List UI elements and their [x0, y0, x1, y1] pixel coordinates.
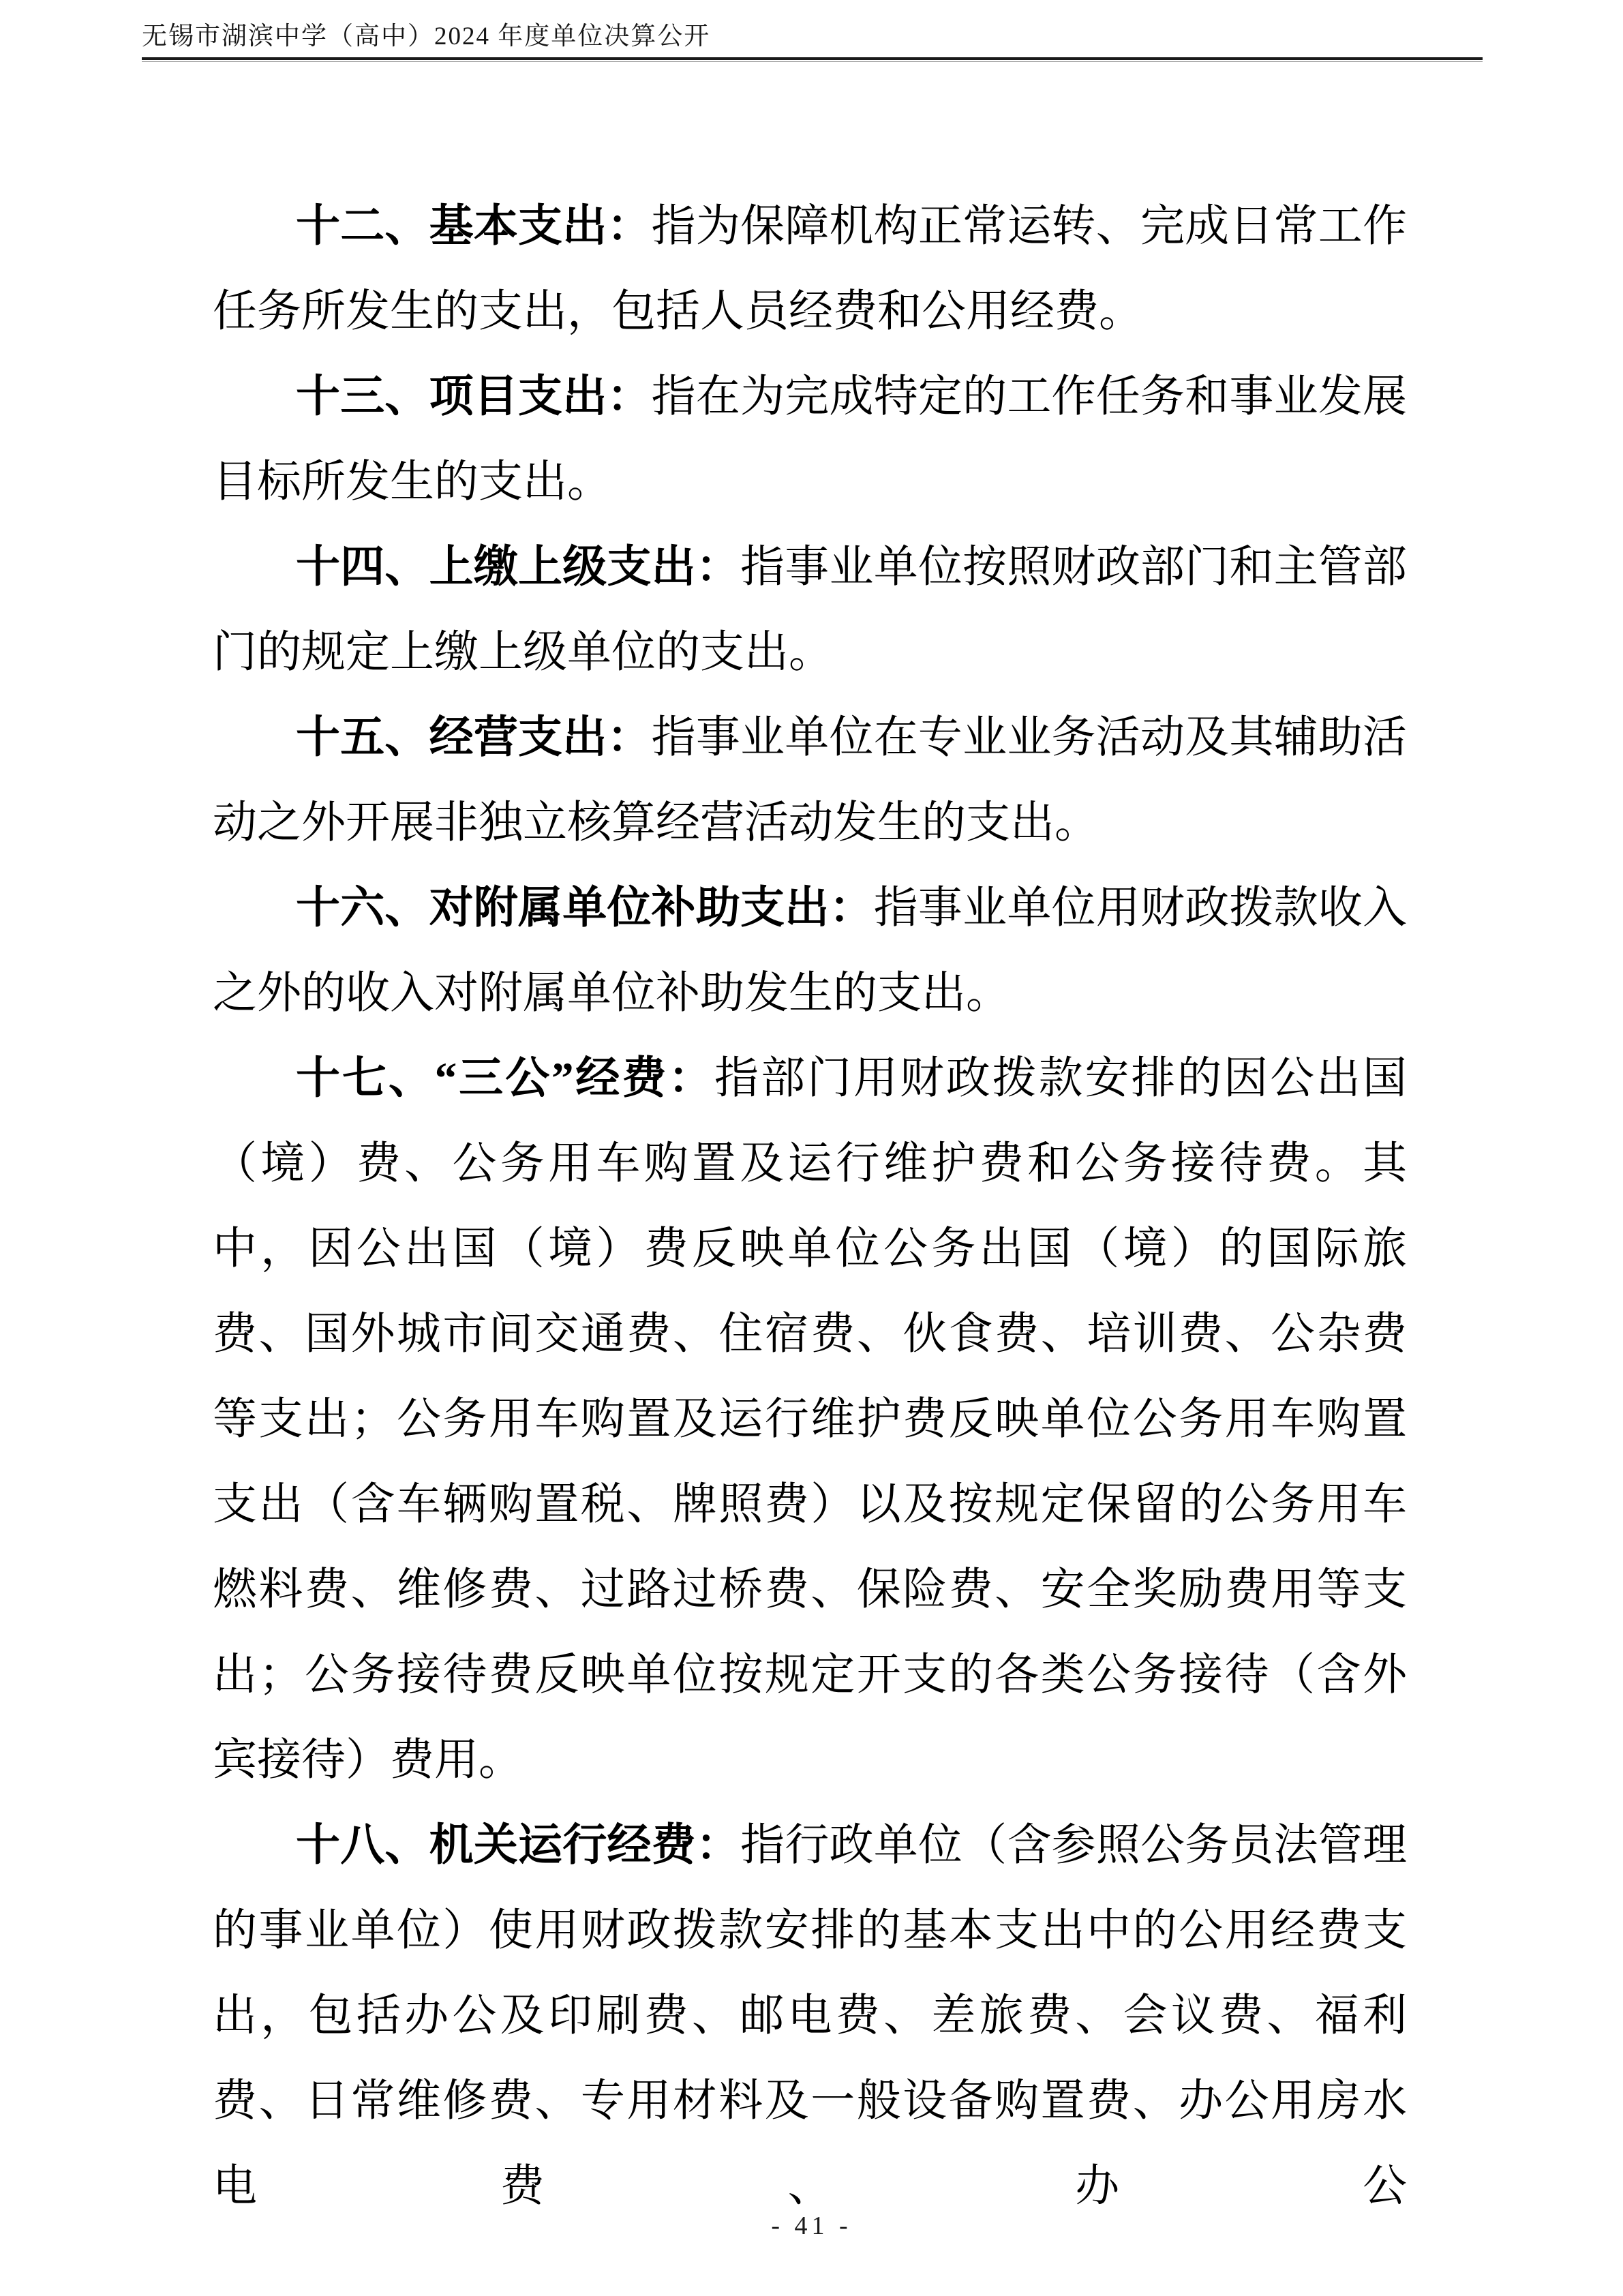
document-body: 十二、基本支出：指为保障机构正常运转、完成日常工作任务所发生的支出，包括人员经费… — [213, 184, 1407, 2229]
term-definition: 指部门用财政拨款安排的因公出国（境）费、公务用车购置及运行维护费和公务接待费。其… — [213, 1054, 1407, 1785]
term-label: 十二、基本支出： — [296, 202, 652, 251]
term-label: 十七、“三公”经费： — [296, 1054, 714, 1103]
document-page: 无锡市湖滨中学（高中）2024 年度单位决算公开 十二、基本支出：指为保障机构正… — [0, 0, 1623, 2296]
page-footer: - 41 - — [0, 2211, 1623, 2241]
definition-paragraph: 十八、机关运行经费：指行政单位（含参照公务员法管理的事业单位）使用财政拨款安排的… — [213, 1803, 1407, 2229]
definition-paragraph: 十五、经营支出：指事业单位在专业业务活动及其辅助活动之外开展非独立核算经营活动发… — [213, 695, 1407, 866]
term-label: 十五、经营支出： — [296, 713, 652, 762]
document-header-title: 无锡市湖滨中学（高中）2024 年度单位决算公开 — [142, 20, 1483, 53]
term-label: 十三、项目支出： — [296, 372, 652, 421]
definition-paragraph: 十二、基本支出：指为保障机构正常运转、完成日常工作任务所发生的支出，包括人员经费… — [213, 184, 1407, 354]
definition-paragraph: 十六、对附属单位补助支出：指事业单位用财政拨款收入之外的收入对附属单位补助发生的… — [213, 866, 1407, 1036]
term-label: 十六、对附属单位补助支出： — [296, 883, 874, 933]
term-definition: 指行政单位（含参照公务员法管理的事业单位）使用财政拨款安排的基本支出中的公用经费… — [213, 1821, 1407, 2211]
definition-paragraph: 十七、“三公”经费：指部门用财政拨款安排的因公出国（境）费、公务用车购置及运行维… — [213, 1036, 1407, 1803]
definition-paragraph: 十三、项目支出：指在为完成特定的工作任务和事业发展目标所发生的支出。 — [213, 354, 1407, 525]
page-header: 无锡市湖滨中学（高中）2024 年度单位决算公开 — [142, 20, 1483, 62]
page-number: - 41 - — [771, 2211, 851, 2240]
term-label: 十八、机关运行经费： — [296, 1821, 740, 1870]
term-label: 十四、上缴上级支出： — [296, 543, 740, 592]
header-rule — [142, 57, 1483, 60]
definition-paragraph: 十四、上缴上级支出：指事业单位按照财政部门和主管部门的规定上缴上级单位的支出。 — [213, 525, 1407, 695]
header-rule-shadow — [142, 61, 1483, 62]
